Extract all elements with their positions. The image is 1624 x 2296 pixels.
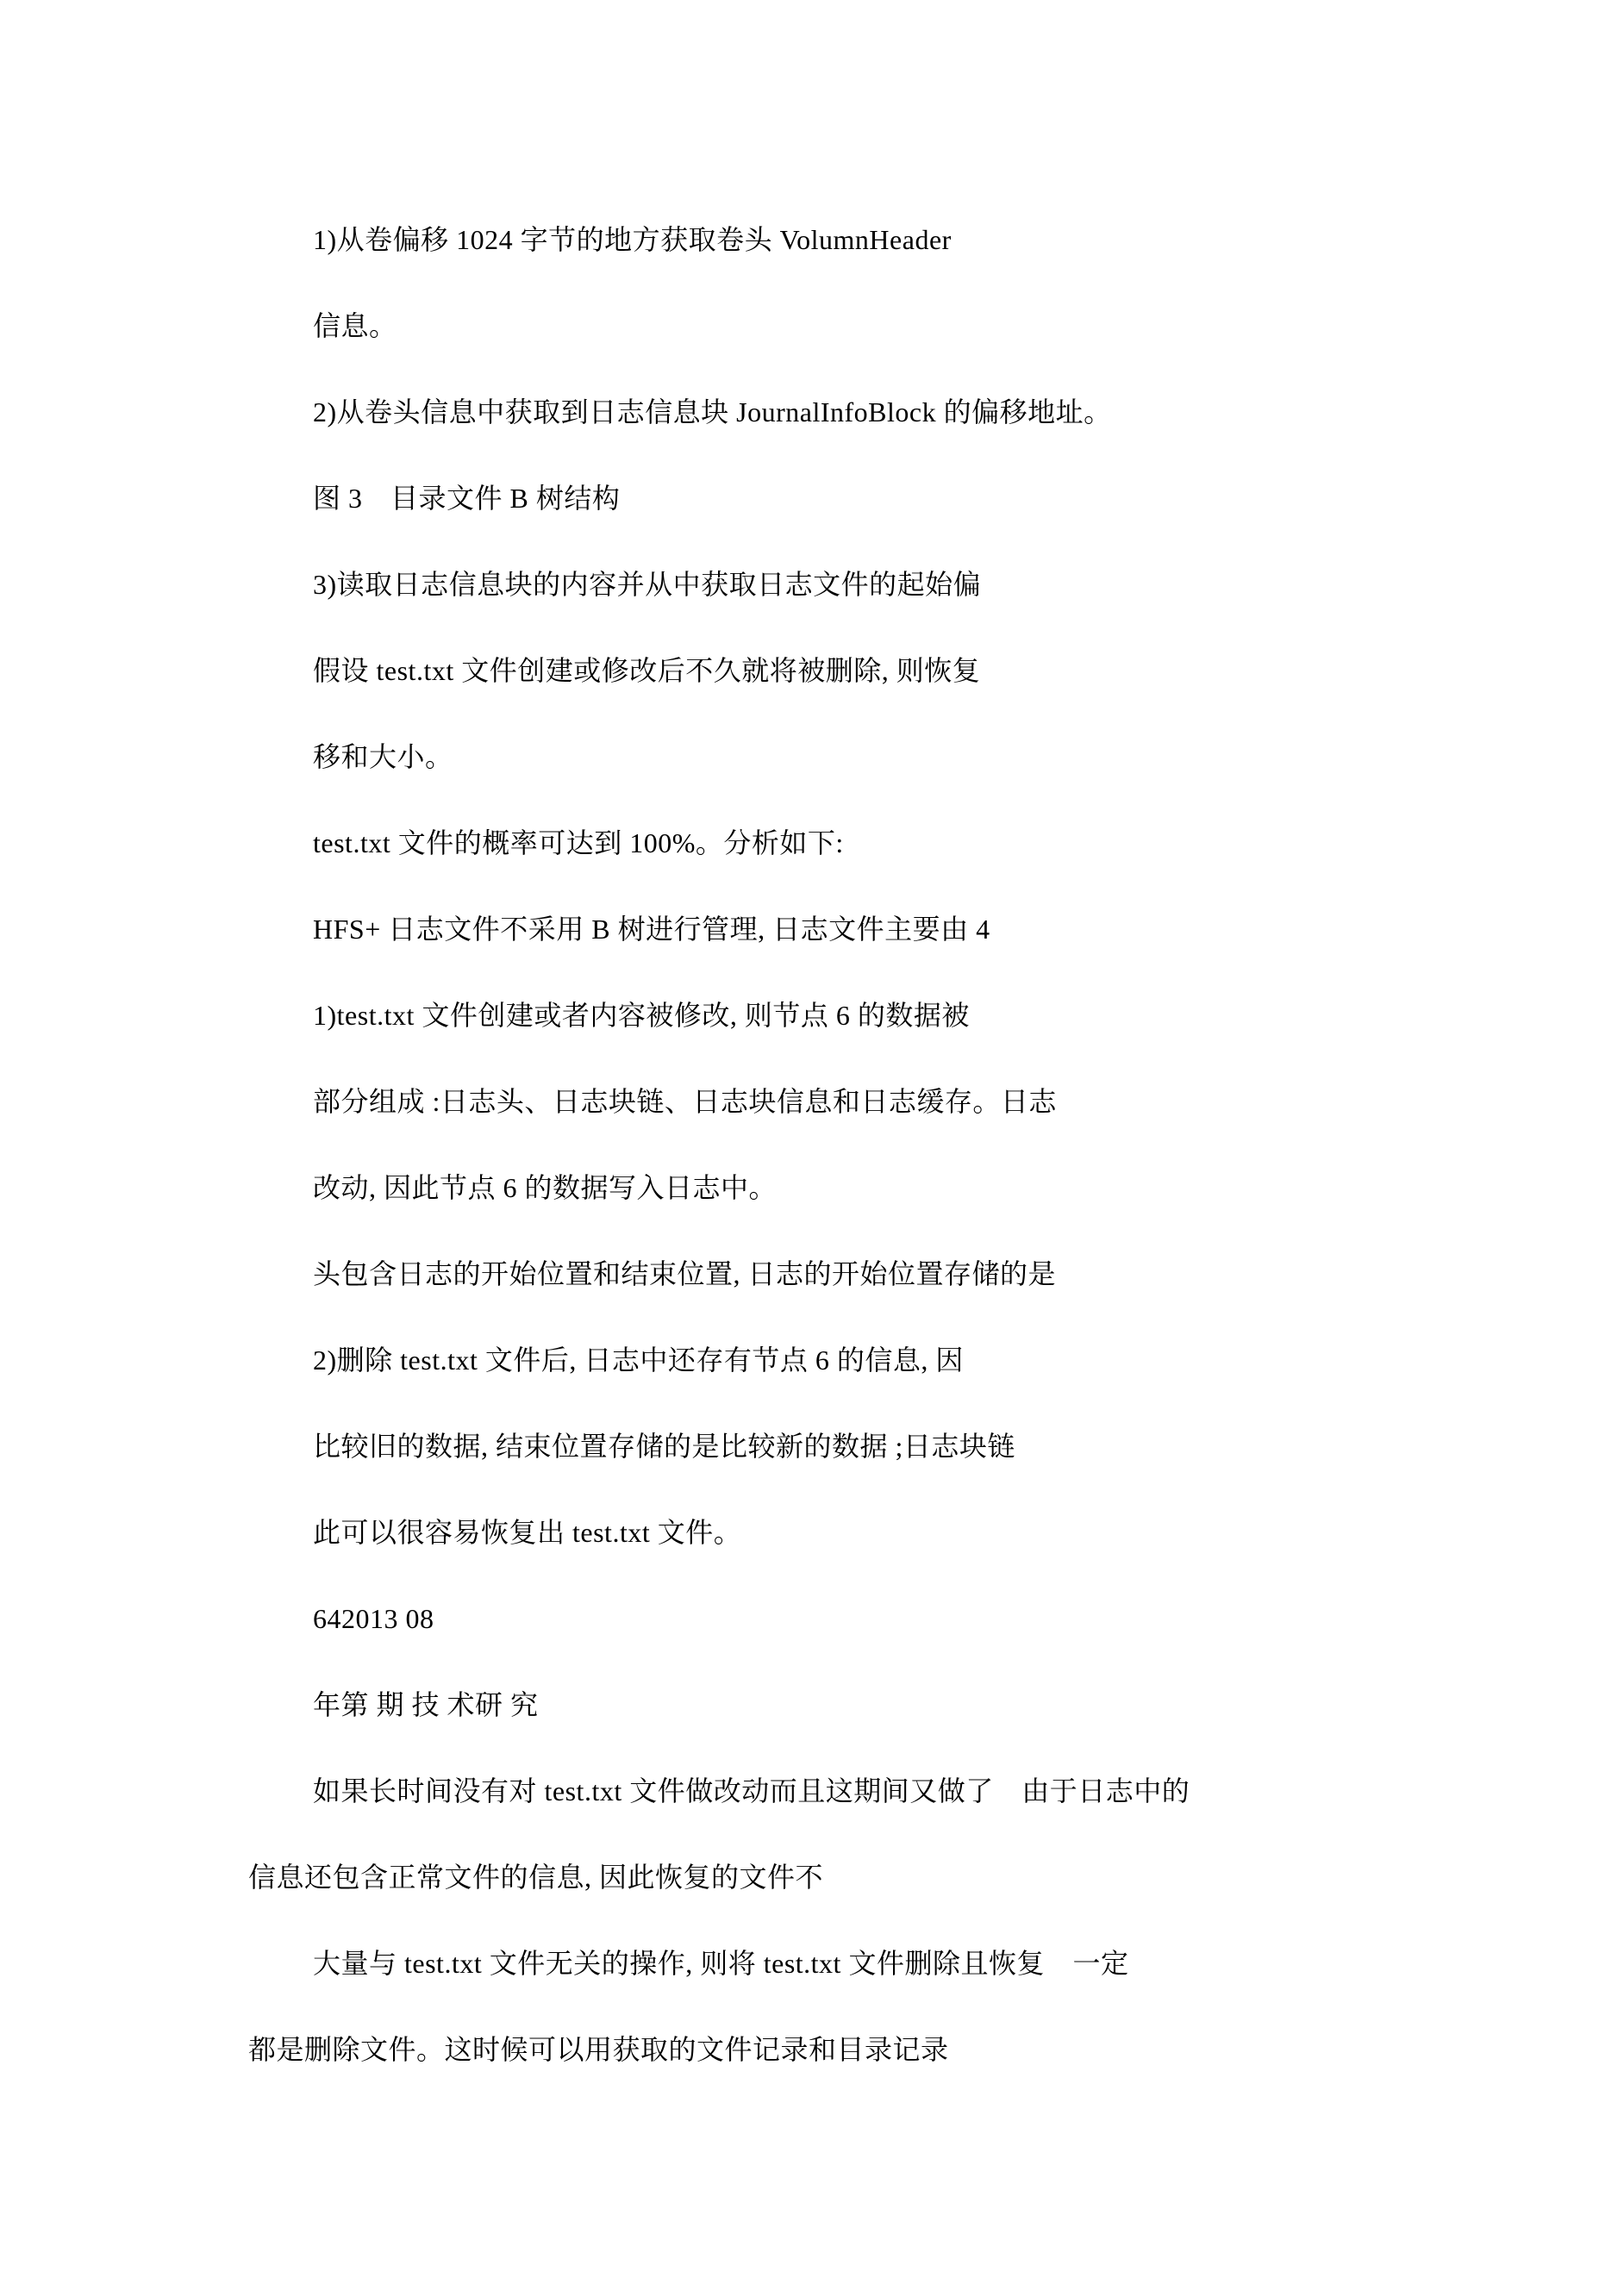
text-line: 都是删除文件。这时候可以用获取的文件记录和目录记录	[0, 2006, 1624, 2093]
document-page: 1)从卷偏移 1024 字节的地方获取卷头 VolumnHeader信息。2)从…	[0, 0, 1624, 2296]
text-line: 年第 期 技 术研 究	[0, 1662, 1624, 1748]
text-line: HFS+ 日志文件不采用 B 树进行管理, 日志文件主要由 4	[0, 886, 1624, 972]
text-line: 2)删除 test.txt 文件后, 日志中还存有节点 6 的信息, 因	[0, 1317, 1624, 1403]
text-line: 此可以很容易恢复出 test.txt 文件。	[0, 1489, 1624, 1575]
text-line: 比较旧的数据, 结束位置存储的是比较新的数据 ;日志块链	[0, 1403, 1624, 1489]
text-line: 信息还包含正常文件的信息, 因此恢复的文件不	[0, 1834, 1624, 1920]
text-line: 图 3 目录文件 B 树结构	[0, 455, 1624, 541]
document-body: 1)从卷偏移 1024 字节的地方获取卷头 VolumnHeader信息。2)从…	[0, 197, 1624, 2093]
text-line: 移和大小。	[0, 714, 1624, 800]
text-line: test.txt 文件的概率可达到 100%。分析如下:	[0, 800, 1624, 886]
text-line: 1)test.txt 文件创建或者内容被修改, 则节点 6 的数据被	[0, 972, 1624, 1058]
text-line: 大量与 test.txt 文件无关的操作, 则将 test.txt 文件删除且恢…	[0, 1920, 1624, 2006]
text-line: 如果长时间没有对 test.txt 文件做改动而且这期间又做了 由于日志中的	[0, 1748, 1624, 1834]
text-line: 部分组成 :日志头、日志块链、日志块信息和日志缓存。日志	[0, 1058, 1624, 1145]
text-line: 1)从卷偏移 1024 字节的地方获取卷头 VolumnHeader	[0, 197, 1624, 283]
text-line: 头包含日志的开始位置和结束位置, 日志的开始位置存储的是	[0, 1231, 1624, 1317]
text-line: 2)从卷头信息中获取到日志信息块 JournalInfoBlock 的偏移地址。	[0, 369, 1624, 455]
text-line: 642013 08	[0, 1575, 1624, 1662]
text-line: 3)读取日志信息块的内容并从中获取日志文件的起始偏	[0, 541, 1624, 627]
text-line: 改动, 因此节点 6 的数据写入日志中。	[0, 1145, 1624, 1231]
text-line: 信息。	[0, 283, 1624, 369]
text-line: 假设 test.txt 文件创建或修改后不久就将被删除, 则恢复	[0, 627, 1624, 714]
